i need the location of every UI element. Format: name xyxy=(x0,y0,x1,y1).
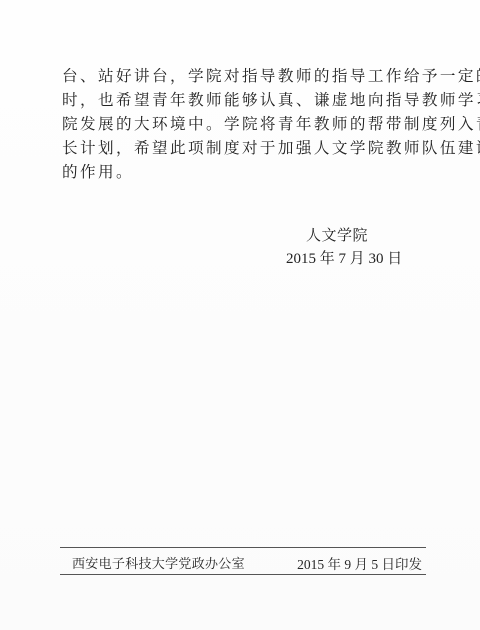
footer-print-date: 2015 年 9 月 5 日印发 xyxy=(297,553,422,573)
body-line-4: 长计划，希望此项制度对于加强人文学院教师队伍建设发挥重要 xyxy=(62,136,424,160)
body-line-1: 台、站好讲台，学院对指导教师的指导工作给予一定的补贴。同 xyxy=(62,64,424,88)
signature-organization: 人文学院 xyxy=(306,224,368,245)
body-line-5: 的作用。 xyxy=(62,160,424,184)
body-line-3: 院发展的大环境中。学院将青年教师的帮带制度列入青年教师成 xyxy=(62,112,424,136)
body-line-2: 时，也希望青年教师能够认真、谦虚地向指导教师学习，融入学 xyxy=(62,88,424,112)
body-paragraph: 台、站好讲台，学院对指导教师的指导工作给予一定的补贴。同 时，也希望青年教师能够… xyxy=(62,64,424,184)
document-page: 台、站好讲台，学院对指导教师的指导工作给予一定的补贴。同 时，也希望青年教师能够… xyxy=(0,0,480,630)
signature-date: 2015 年 7 月 30 日 xyxy=(286,247,402,268)
footer-top-rule xyxy=(60,547,426,548)
footer-issuer: 西安电子科技大学党政办公室 xyxy=(72,553,245,572)
footer-bottom-rule xyxy=(60,574,426,575)
footer-row: 西安电子科技大学党政办公室 2015 年 9 月 5 日印发 xyxy=(60,552,426,572)
